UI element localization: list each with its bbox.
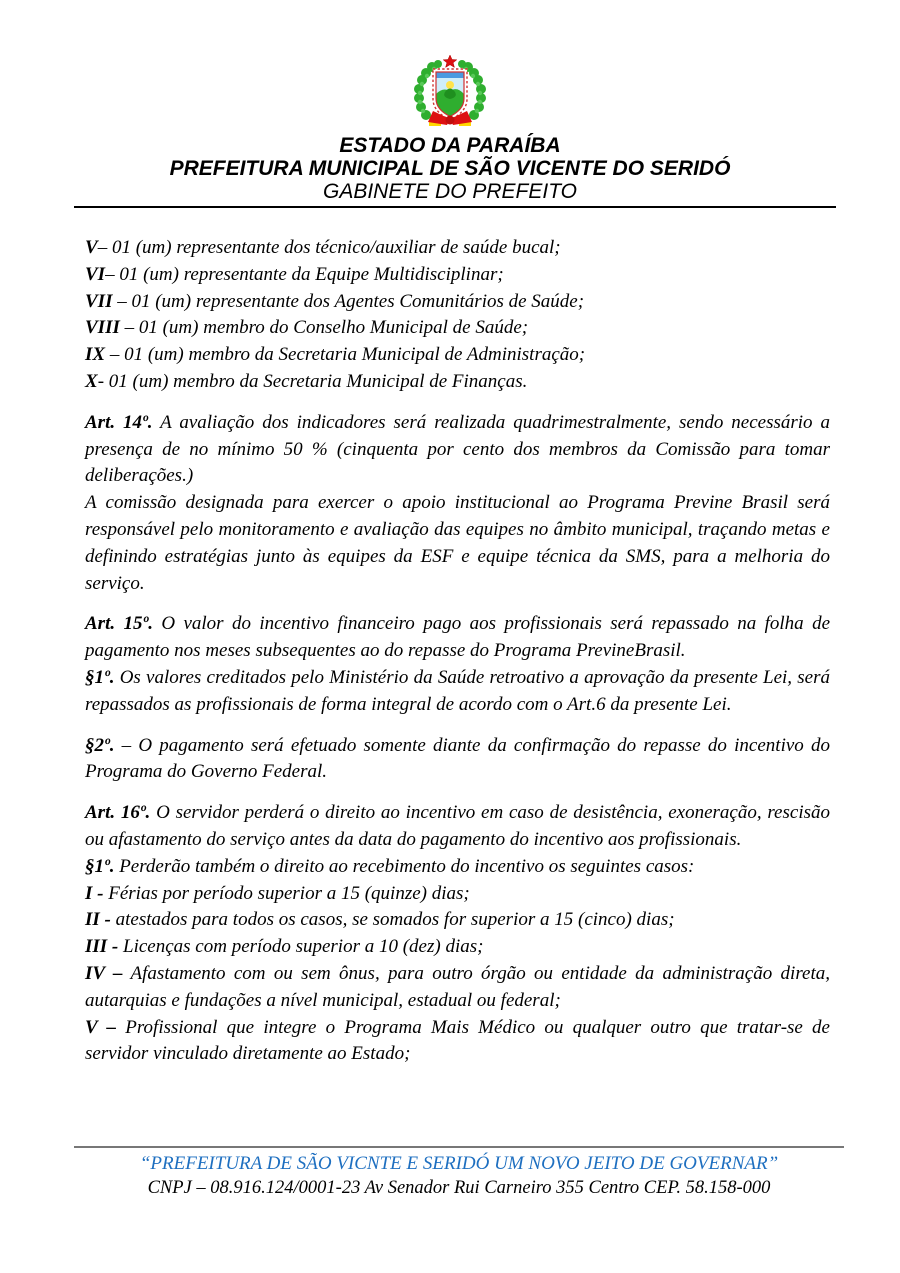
list-item-vi: VI– 01 (um) representante da Equipe Mult… xyxy=(85,262,830,289)
letterhead-municipality: PREFEITURA MUNICIPAL DE SÃO VICENTE DO S… xyxy=(0,157,900,180)
case-item-iv: IV – Afastamento com ou sem ônus, para o… xyxy=(85,961,830,1015)
article-15: Art. 15º. O valor do incentivo financeir… xyxy=(85,611,830,718)
article-15-caput: Art. 15º. O valor do incentivo financeir… xyxy=(85,611,830,665)
article-15-paragraph-1: §1º. Os valores creditados pelo Ministér… xyxy=(85,665,830,719)
list-item-v: V– 01 (um) representante dos técnico/aux… xyxy=(85,235,830,262)
letterhead-state: ESTADO DA PARAÍBA xyxy=(0,134,900,157)
case-item-v: V – Profissional que integre o Programa … xyxy=(85,1015,830,1069)
case-item-iii: III - Licenças com período superior a 10… xyxy=(85,934,830,961)
footer-slogan: “PREFEITURA DE SÃO VICNTE E SERIDÓ UM NO… xyxy=(74,1152,844,1176)
article-16-paragraph-1: §1º. Perderão também o direito ao recebi… xyxy=(85,854,830,881)
article-16: Art. 16º. O servidor perderá o direito a… xyxy=(85,800,830,1068)
commission-members-list: V– 01 (um) representante dos técnico/aux… xyxy=(85,235,830,396)
list-item-vii: VII – 01 (um) representante dos Agentes … xyxy=(85,289,830,316)
article-14-paragraph: A comissão designada para exercer o apoi… xyxy=(85,490,830,597)
list-item-x: X- 01 (um) membro da Secretaria Municipa… xyxy=(85,369,830,396)
article-15-paragraph-2: §2º. – O pagamento será efetuado somente… xyxy=(85,733,830,787)
footer-rule xyxy=(74,1146,844,1148)
letterhead: ESTADO DA PARAÍBA PREFEITURA MUNICIPAL D… xyxy=(0,0,900,208)
letterhead-office: GABINETE DO PREFEITO xyxy=(0,180,900,203)
footer-address: CNPJ – 08.916.124/0001-23 Av Senador Rui… xyxy=(74,1176,844,1200)
article-16-caput: Art. 16º. O servidor perderá o direito a… xyxy=(85,800,830,854)
coat-of-arms-icon xyxy=(409,54,491,132)
header-rule xyxy=(74,206,836,208)
case-item-ii: II - atestados para todos os casos, se s… xyxy=(85,907,830,934)
document-page: ESTADO DA PARAÍBA PREFEITURA MUNICIPAL D… xyxy=(0,0,900,1273)
case-item-i: I - Férias por período superior a 15 (qu… xyxy=(85,881,830,908)
article-14: Art. 14º. A avaliação dos indicadores se… xyxy=(85,410,830,598)
list-item-viii: VIII – 01 (um) membro do Conselho Munici… xyxy=(85,315,830,342)
document-body: V– 01 (um) representante dos técnico/aux… xyxy=(85,235,830,1068)
article-14-caput: Art. 14º. A avaliação dos indicadores se… xyxy=(85,410,830,490)
document-footer: “PREFEITURA DE SÃO VICNTE E SERIDÓ UM NO… xyxy=(74,1146,844,1200)
list-item-ix: IX – 01 (um) membro da Secretaria Munici… xyxy=(85,342,830,369)
